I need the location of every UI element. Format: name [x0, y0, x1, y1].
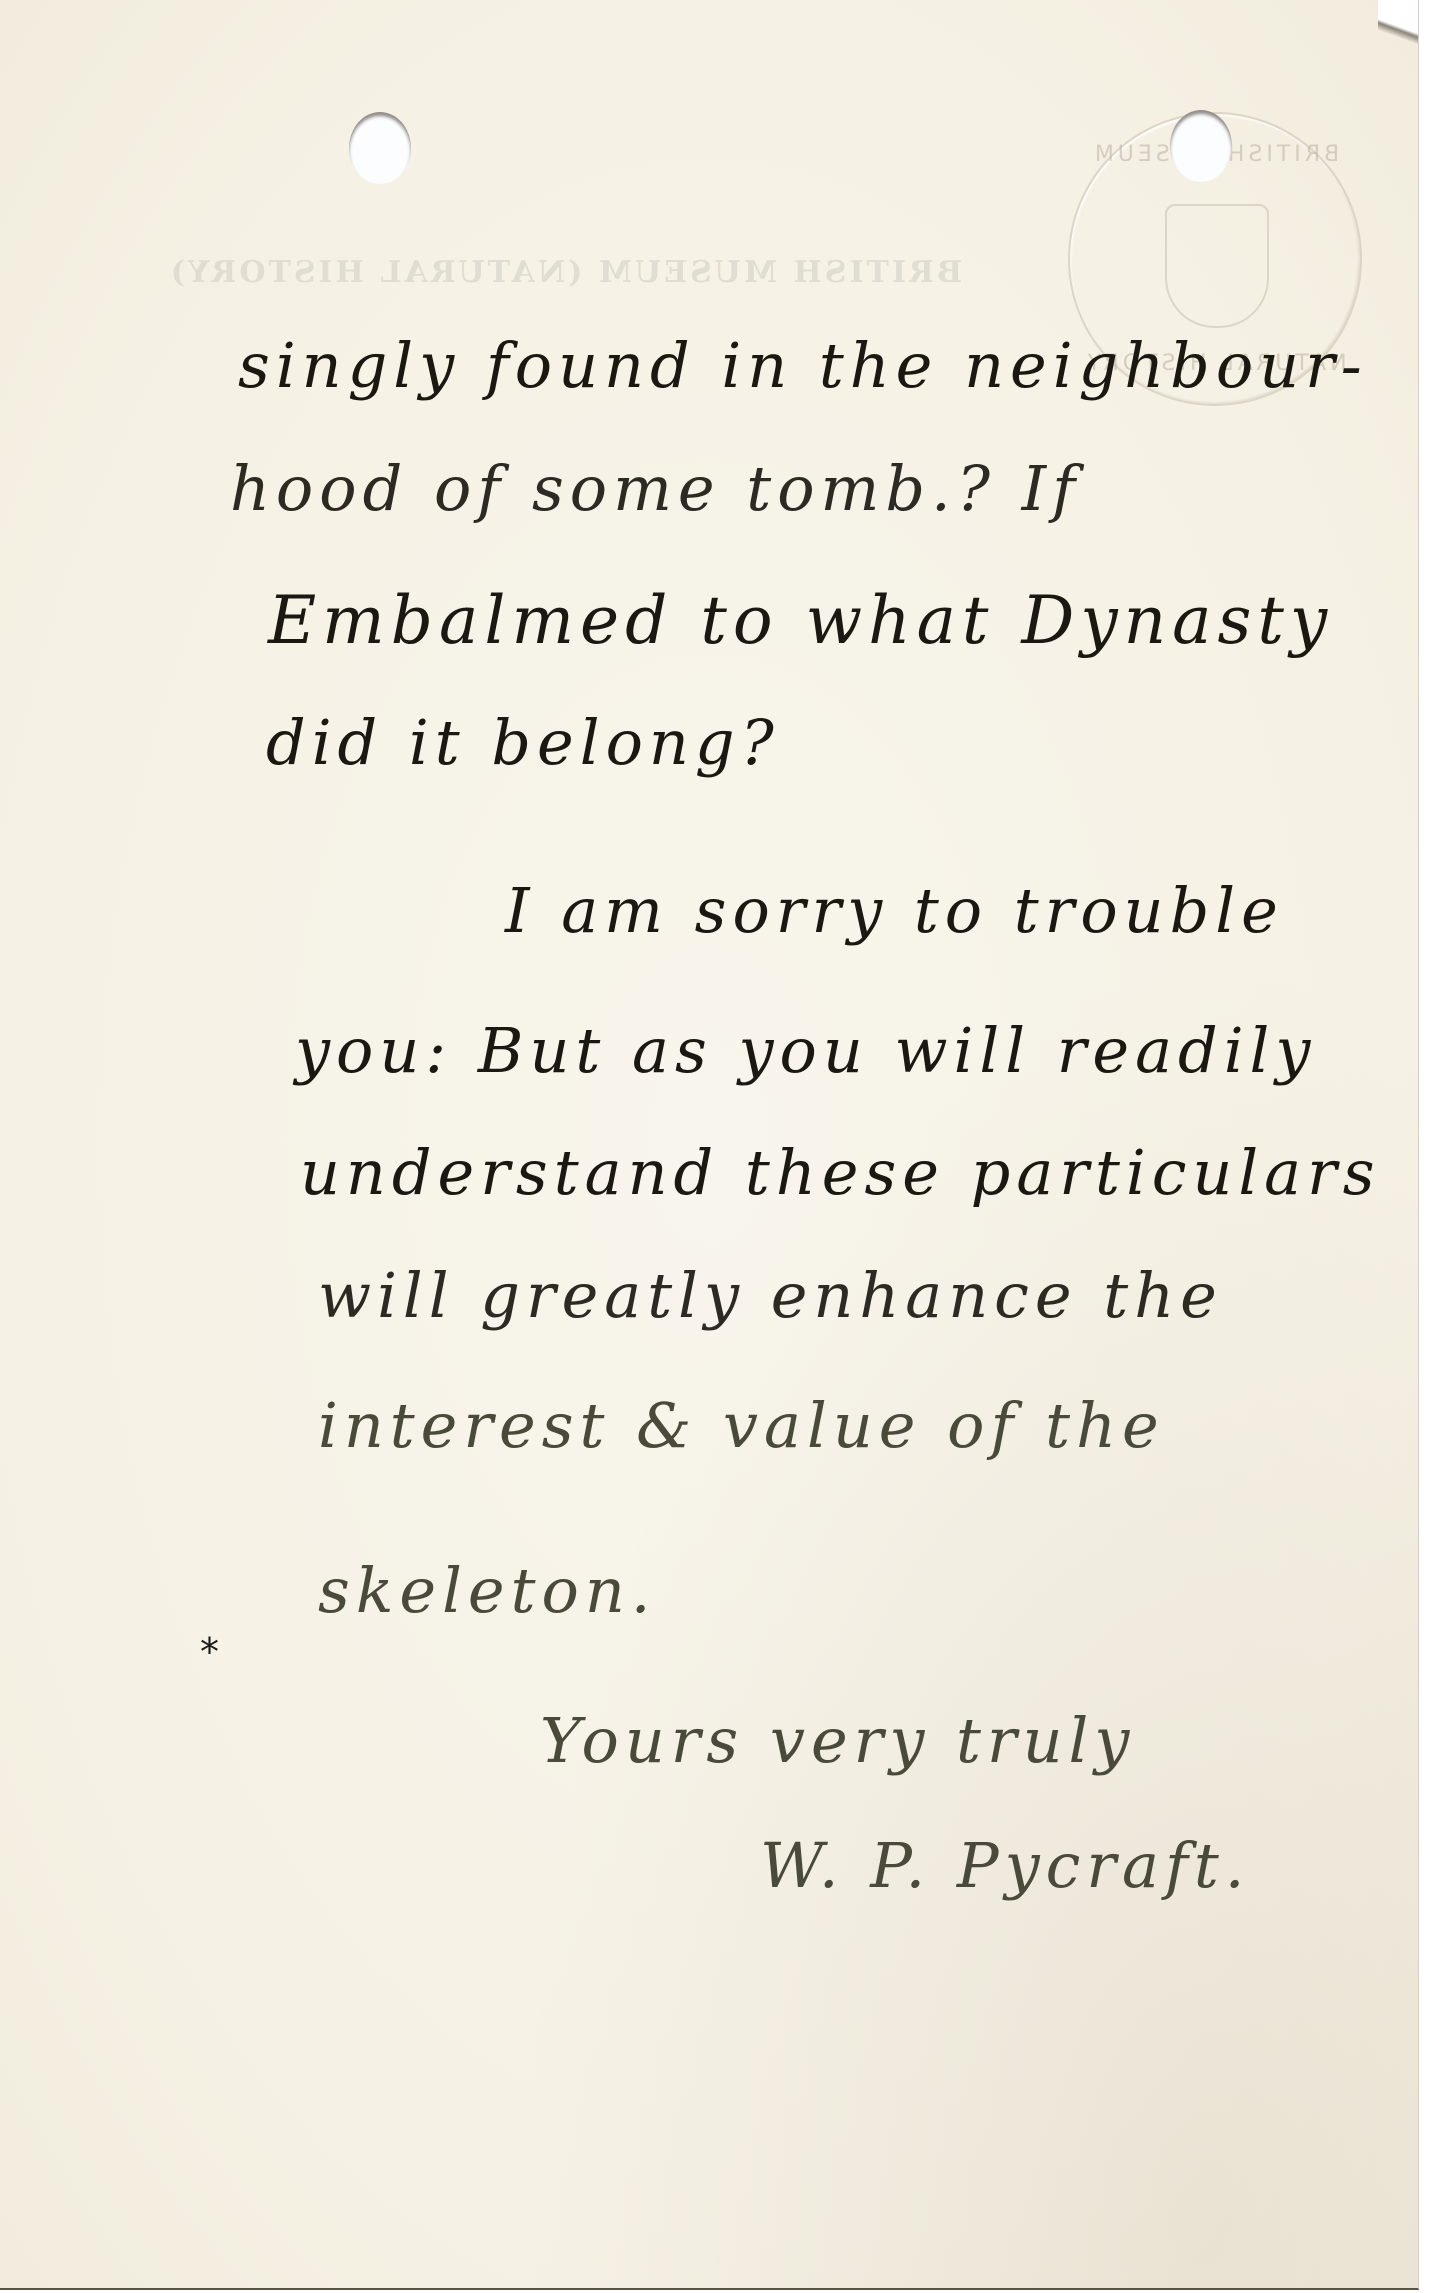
letter-line-5: I am sorry to trouble	[505, 880, 1284, 942]
punched-hole-right	[1170, 110, 1232, 182]
letter-line-8: will greatly enhance the	[318, 1265, 1223, 1327]
margin-asterisk: *	[200, 1630, 219, 1674]
letter-page: BRITISH MUSEUM NATURAL HISTORY BRITISH M…	[0, 0, 1419, 2290]
closing-salutation: Yours very truly	[540, 1710, 1135, 1772]
signature: W. P. Pycraft.	[760, 1835, 1251, 1897]
torn-corner	[1378, 0, 1418, 60]
letter-line-3: Embalmed to what Dynasty	[268, 588, 1333, 654]
letter-line-9: interest & value of the	[318, 1395, 1165, 1457]
letter-line-10: skeleton.	[318, 1560, 656, 1622]
letterhead-showthrough: BRITISH MUSEUM (NATURAL HISTORY)	[150, 255, 980, 290]
letter-line-1: singly found in the neighbour-	[238, 335, 1368, 397]
letter-line-2: hood of some tomb.? If	[230, 458, 1081, 520]
letter-line-4: did it belong?	[266, 712, 780, 774]
letter-line-7: understand these particulars	[300, 1142, 1381, 1204]
punched-hole-left	[349, 112, 411, 184]
letter-line-6: you: But as you will readily	[295, 1020, 1316, 1082]
